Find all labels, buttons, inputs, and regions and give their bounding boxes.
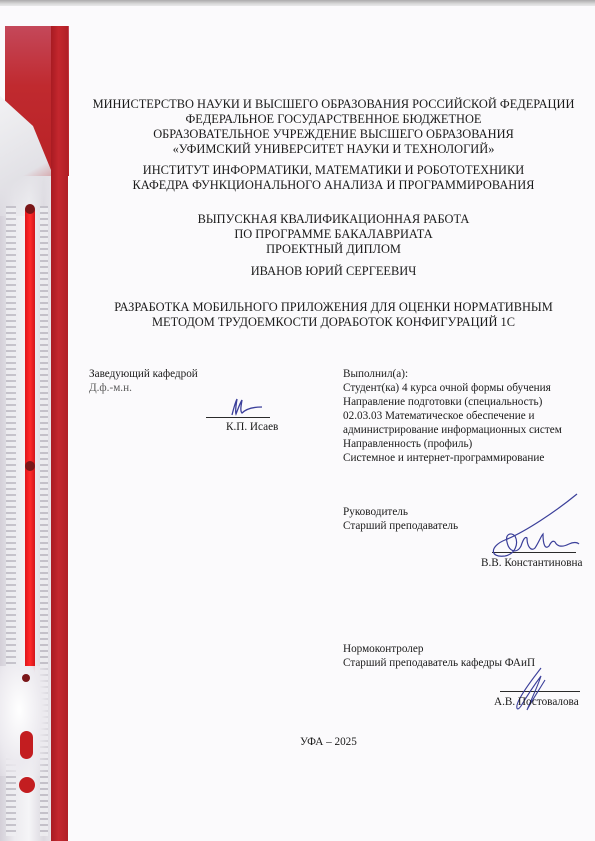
binding-red-edge	[51, 26, 68, 841]
student-course: Студент(ка) 4 курса очной формы обучения	[343, 381, 551, 395]
thread-knot-top	[25, 204, 35, 214]
student-profile-label: Направленность (профиль)	[343, 437, 472, 451]
head-of-department-role: Заведующий кафедрой	[89, 367, 198, 381]
binding-sleeve-crumple	[0, 666, 48, 776]
supervisor-position: Старший преподаватель	[343, 519, 458, 533]
head-signature-line	[206, 417, 270, 418]
norm-controller-name: А.В. Постовалова	[494, 695, 579, 709]
student-direction-label: Направление подготовки (специальность)	[343, 395, 542, 409]
thread-knot-middle	[25, 461, 35, 471]
ministry-line: МИНИСТЕРСТВО НАУКИ И ВЫСШЕГО ОБРАЗОВАНИЯ…	[72, 97, 595, 112]
supervisor-role: Руководитель	[343, 505, 408, 519]
norm-controller-role: Нормоконтролер	[343, 642, 423, 656]
binding-hole-oval	[20, 731, 33, 759]
student-block-label: Выполнил(а):	[343, 367, 408, 381]
author-name: ИВАНОВ ЮРИЙ СЕРГЕЕВИЧ	[72, 264, 595, 279]
signature-mark-icon	[228, 397, 268, 417]
binding-thread	[25, 206, 35, 676]
student-profile-name: Системное и интернет-программирование	[343, 451, 544, 465]
head-of-department-name: К.П. Исаев	[226, 420, 278, 434]
institution-line-1: ФЕДЕРАЛЬНОЕ ГОСУДАРСТВЕННОЕ БЮДЖЕТНОЕ	[72, 112, 595, 127]
institution-line-2: ОБРАЗОВАТЕЛЬНОЕ УЧРЕЖДЕНИЕ ВЫСШЕГО ОБРАЗ…	[72, 127, 595, 142]
department-name: КАФЕДРА ФУНКЦИОНАЛЬНОГО АНАЛИЗА И ПРОГРА…	[72, 178, 595, 193]
university-name: «УФИМСКИЙ УНИВЕРСИТЕТ НАУКИ И ТЕХНОЛОГИЙ…	[72, 142, 595, 157]
thesis-title-line-1: РАЗРАБОТКА МОБИЛЬНОГО ПРИЛОЖЕНИЯ ДЛЯ ОЦЕ…	[72, 300, 595, 315]
head-of-department-degree: Д.ф.-м.н.	[89, 381, 132, 395]
work-type-line-3: ПРОЕКТНЫЙ ДИПЛОМ	[72, 242, 595, 257]
supervisor-name: В.В. Константиновна	[481, 556, 582, 570]
student-direction-name: администрирование информационных систем	[343, 423, 562, 437]
city-year: УФА – 2025	[300, 735, 357, 749]
work-type-line-1: ВЫПУСКНАЯ КВАЛИФИКАЦИОННАЯ РАБОТА	[72, 212, 595, 227]
work-type-line-2: ПО ПРОГРАММЕ БАКАЛАВРИАТА	[72, 227, 595, 242]
signature-mark-icon	[485, 492, 585, 562]
binding-folder-strip	[0, 26, 72, 841]
student-direction-code: 02.03.03 Математическое обеспечение и	[343, 409, 535, 423]
thread-knot-bottom	[22, 674, 30, 682]
binding-hole-round	[19, 777, 35, 793]
institute-name: ИНСТИТУТ ИНФОРМАТИКИ, МАТЕМАТИКИ И РОБОТ…	[72, 163, 595, 178]
thesis-title-line-2: МЕТОДОМ ТРУДОЕМКОСТИ ДОРАБОТОК КОНФИГУРА…	[72, 315, 595, 330]
